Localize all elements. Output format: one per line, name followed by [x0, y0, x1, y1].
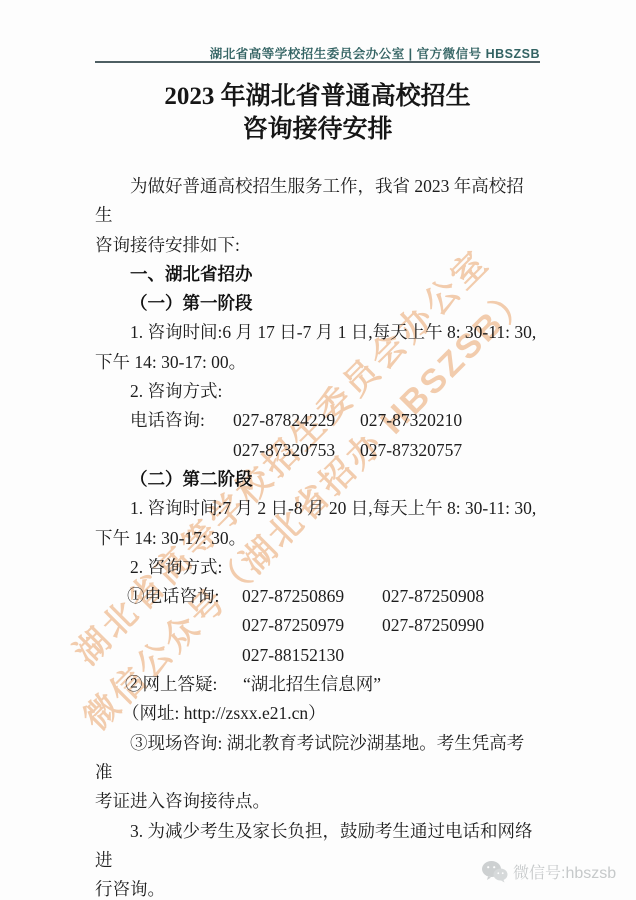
wechat-icon — [481, 860, 508, 883]
document-title: 2023 年湖北省普通高校招生 咨询接待安排 — [95, 80, 540, 146]
document-page: 湖北省高等学校招生委员会办公室 微信公众号（湖北省招办 HBSZSB） 湖北省高… — [0, 0, 636, 900]
intro-line-1: 为做好普通高校招生服务工作，我省 2023 年高校招生 — [95, 172, 541, 231]
stage-2-method-heading: 2. 咨询方式: — [95, 553, 541, 582]
online-answer-site: “湖北招生信息网” — [243, 670, 381, 699]
document-title-line2: 咨询接待安排 — [95, 113, 540, 146]
website-url-line: （网址: http://zsxx.e21.cn） — [95, 699, 541, 728]
phone-number: 027-88152130 — [242, 641, 344, 670]
stage-1-phone-row-2: 027-87320753 027-87320757 — [95, 436, 541, 465]
section-1-heading: 一、湖北省招办 — [95, 260, 541, 289]
stage-2-online-row: ②网上答疑: “湖北招生信息网” — [95, 670, 541, 699]
intro-line-2: 咨询接待安排如下: — [95, 231, 541, 260]
onsite-line-1: ③现场咨询: 湖北教育考试院沙湖基地。考生凭高考准 — [95, 729, 541, 788]
phone-number: 027-87824229 — [233, 406, 335, 435]
stage-2-phone-row-3: 027-88152130 — [95, 641, 541, 670]
note-line-1: 3. 为减少考生及家长负担，鼓励考生通过电话和网络进 — [95, 817, 541, 876]
stage-1-method-heading: 2. 咨询方式: — [95, 377, 541, 406]
stage-2-phone-label: ①电话咨询: — [127, 582, 219, 611]
document-title-line1: 2023 年湖北省普通高校招生 — [95, 80, 540, 113]
stage-2-phone-row-2: 027-87250979 027-87250990 — [95, 611, 541, 640]
note-line-2: 行咨询。 — [95, 875, 541, 900]
phone-number: 027-87320753 — [233, 436, 335, 465]
stage-2-heading: （二）第二阶段 — [95, 465, 541, 494]
phone-number: 027-87250908 — [382, 582, 484, 611]
stage-1-time-line-2: 下午 14: 30-17: 00。 — [95, 348, 541, 377]
stage-1-heading: （一）第一阶段 — [95, 289, 541, 318]
stage-1-phone-row-1: 电话咨询: 027-87824229 027-87320210 — [95, 406, 541, 435]
online-answer-label: ②网上答疑: — [125, 670, 217, 699]
phone-number: 027-87320757 — [360, 436, 462, 465]
stage-1-time-line-1: 1. 咨询时间:6 月 17 日-7 月 1 日,每天上午 8: 30-11: … — [95, 318, 541, 347]
wechat-footer: 微信号:hbszsb — [481, 858, 616, 884]
phone-number: 027-87320210 — [360, 406, 462, 435]
stage-2-time-line-2: 下午 14: 30-17: 30。 — [95, 524, 541, 553]
stage-2-time-line-1: 1. 咨询时间:7 月 2 日-8 月 20 日,每天上午 8: 30-11: … — [95, 494, 541, 523]
document-body: 为做好普通高校招生服务工作，我省 2023 年高校招生 咨询接待安排如下: 一、… — [95, 172, 541, 900]
phone-number: 027-87250990 — [382, 611, 484, 640]
phone-number: 027-87250979 — [242, 611, 344, 640]
onsite-line-2: 考证进入咨询接待点。 — [95, 787, 541, 816]
stage-1-phone-label: 电话咨询: — [130, 406, 205, 435]
letterhead-rule — [95, 61, 540, 63]
letterhead-org-line: 湖北省高等学校招生委员会办公室 | 官方微信号 HBSZSB — [95, 44, 540, 62]
wechat-id-label: 微信号:hbszsb — [513, 860, 616, 883]
stage-2-phone-row-1: ①电话咨询: 027-87250869 027-87250908 — [95, 582, 541, 611]
phone-number: 027-87250869 — [242, 582, 344, 611]
